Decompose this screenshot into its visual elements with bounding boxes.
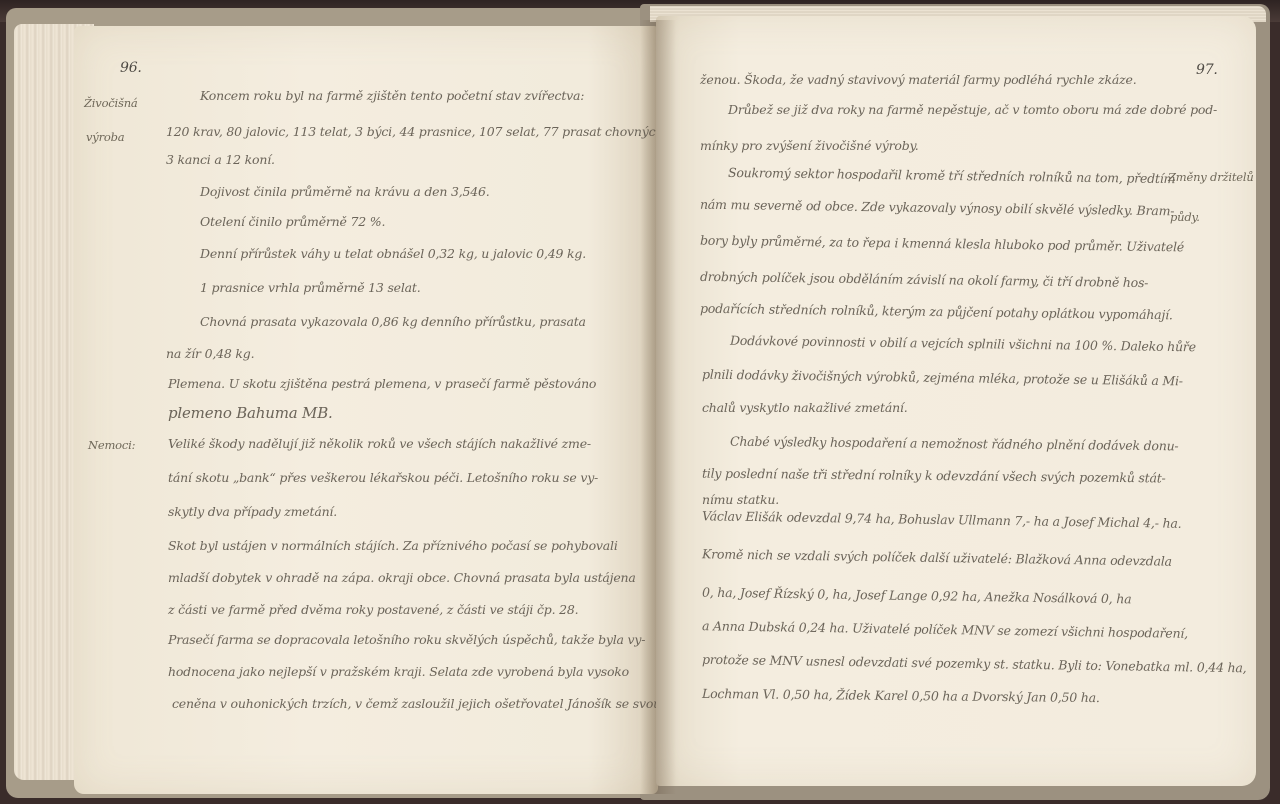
margin-note-zmeny-drzitelu: Změny držitelů — [1168, 170, 1254, 184]
text-line: skytly dva případy zmetání. — [168, 504, 337, 519]
text-line: ženou. Škoda, že vadný stavivový materiá… — [700, 72, 1137, 87]
text-line: Drůbež se již dva roky na farmě nepěstuj… — [728, 102, 1217, 117]
text-line: Denní přírůstek váhy u telat obnášel 0,3… — [200, 246, 586, 261]
text-line: Koncem roku byl na farmě zjištěn tento p… — [200, 88, 584, 103]
text-line: Skot byl ustájen v normálních stájích. Z… — [168, 538, 618, 553]
text-line: hodnocena jako nejlepší v pražském kraji… — [168, 664, 629, 679]
margin-note-vyroba: výroba — [86, 130, 124, 144]
margin-note-nemoci: Nemoci: — [88, 438, 135, 452]
margin-note-pudy: půdy. — [1170, 210, 1200, 224]
text-line: mínky pro zvýšení živočišné výroby. — [700, 138, 919, 153]
text-line: Otelení činilo průměrně 72 %. — [200, 214, 385, 229]
text-line: tání skotu „bank“ přes veškerou lékařsko… — [168, 470, 598, 485]
text-line: 120 krav, 80 jalovic, 113 telat, 3 býci,… — [166, 124, 667, 139]
text-line: Plemena. U skotu zjištěna pestrá plemena… — [168, 376, 596, 391]
text-line: Dojivost činila průměrně na krávu a den … — [200, 184, 490, 199]
text-line: Prasečí farma se dopracovala letošního r… — [168, 632, 645, 647]
text-line: 3 kanci a 12 koní. — [166, 152, 275, 167]
text-line: Chovná prasata vykazovala 0,86 kg denníh… — [200, 314, 586, 329]
text-line: na žír 0,48 kg. — [166, 346, 254, 361]
text-line: mladší dobytek v ohradě na zápa. okraji … — [168, 570, 636, 585]
text-line: nímu statku. — [702, 492, 779, 507]
page-number-left: 96. — [120, 60, 142, 76]
text-line: plemeno Bahuma MB. — [168, 404, 333, 422]
text-line: ceněna v ouhonických trzích, v čemž zasl… — [172, 696, 661, 711]
margin-note-zivocisna: Živočišná — [84, 96, 138, 110]
text-line: 1 prasnice vrhla průměrně 13 selat. — [200, 280, 421, 295]
text-line: z části ve farmě před dvěma roky postave… — [168, 602, 578, 617]
text-line: Veliké škody nadělují již několik roků v… — [168, 436, 591, 451]
text-line: chalů vyskytlo nakažlivé zmetání. — [702, 400, 908, 415]
page-number-right: 97. — [1196, 62, 1218, 78]
